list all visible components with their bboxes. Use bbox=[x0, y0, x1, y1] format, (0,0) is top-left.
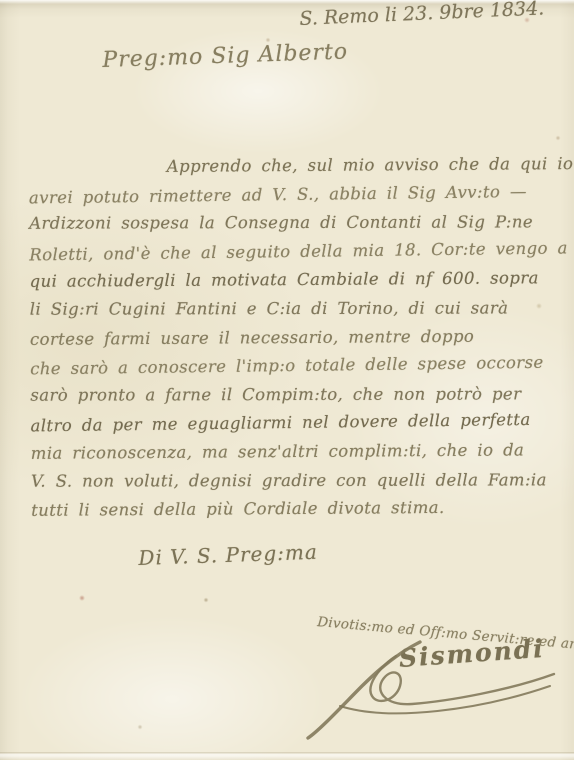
body-line: V. S. non voluti, degnisi gradire con qu… bbox=[31, 470, 555, 500]
closing: Di V. S. Preg:ma bbox=[138, 540, 318, 570]
body-line: li Sig:ri Cugini Fantini e C:ia di Torin… bbox=[30, 298, 554, 328]
body-line: Ardizzoni sospesa la Consegna di Contant… bbox=[29, 213, 553, 243]
body-line: avrei potuto rimettere ad V. S., abbia i… bbox=[29, 181, 553, 216]
body-line: qui acchiudergli la motivata Cambiale di… bbox=[30, 269, 554, 301]
body-line: mia riconoscenza, ma senz'altri complim:… bbox=[31, 440, 555, 472]
dateline: S. Remo li 23. 9bre 1834. bbox=[299, 0, 545, 30]
signature: Sismondi bbox=[398, 634, 546, 673]
body-line: tutti li sensi della più Cordiale divota… bbox=[31, 497, 555, 529]
body-line: sarò pronto a farne il Compim:to, che no… bbox=[30, 384, 554, 414]
body-line: Apprendo che, sul mio avviso che da qui … bbox=[29, 154, 553, 186]
letter-page: S. Remo li 23. 9bre 1834. Preg:mo Sig Al… bbox=[0, 0, 574, 760]
letter-body: Apprendo che, sul mio avviso che da qui … bbox=[29, 154, 556, 529]
body-line: che sarò a conoscere l'imp:o totale dell… bbox=[30, 353, 554, 388]
salutation: Preg:mo Sig Alberto bbox=[102, 39, 348, 73]
